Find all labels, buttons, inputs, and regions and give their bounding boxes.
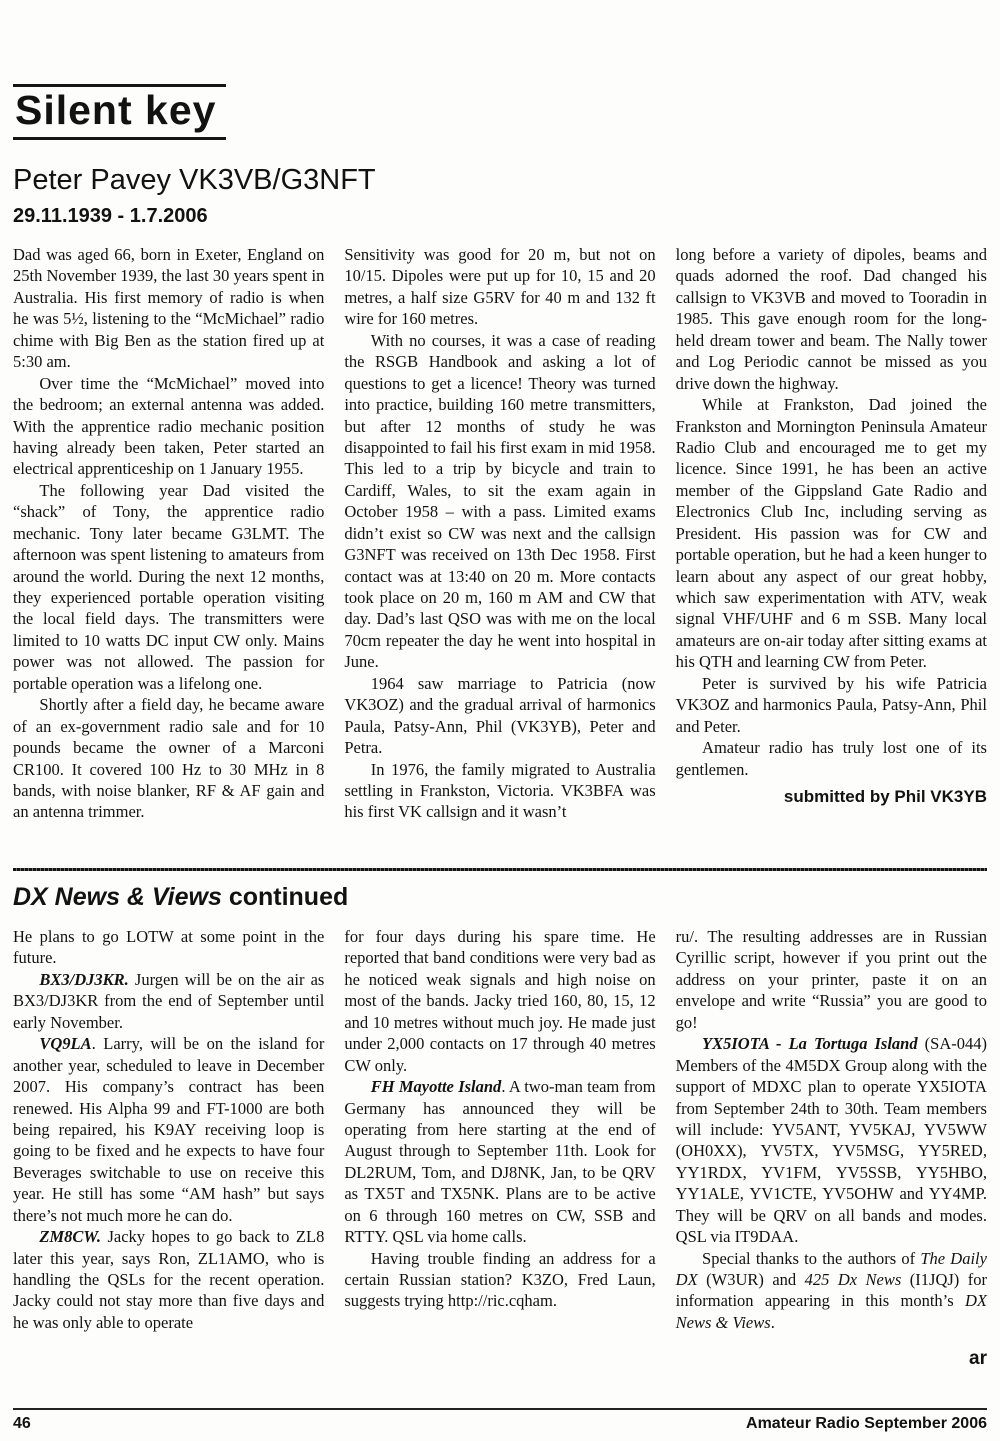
dx-column-3: ru/. The resulting addresses are in Russ… (676, 926, 987, 1372)
silent-key-header: Silent key Peter Pavey VK3VB/G3NFT 29.11… (13, 84, 987, 228)
obituary-paragraph: Amateur radio has truly lost one of its … (676, 737, 987, 780)
obituary-dates: 29.11.1939 - 1.7.2006 (13, 205, 987, 228)
obituary-column-3: long before a variety of dipoles, beams … (676, 244, 987, 844)
dx-paragraph-text: . Larry, will be on the island for anoth… (13, 1034, 324, 1225)
dx-paragraph: BX3/DJ3KR. Jurgen will be on the air as … (13, 969, 324, 1033)
silent-key-heading: Silent key (13, 84, 226, 140)
dx-callsign-lead: YX5IOTA - La Tortuga Island (702, 1034, 918, 1053)
dx-paragraph-text: (W3UR) and (698, 1270, 805, 1289)
obituary-paragraph: Sensitivity was good for 20 m, but not o… (344, 244, 655, 330)
obituary-paragraph: 1964 saw marriage to Patricia (now VK3OZ… (344, 673, 655, 759)
page-footer: 46 Amateur Radio September 2006 (13, 1408, 987, 1433)
dx-paragraph: He plans to go LOTW at some point in the… (13, 926, 324, 969)
dx-news-heading-title: DX News & Views (13, 883, 222, 911)
obituary-column-1: Dad was aged 66, born in Exeter, England… (13, 244, 324, 844)
dx-callsign-lead: FH Mayotte Island (371, 1077, 502, 1096)
obituary-paragraph: Over time the “McMichael” moved into the… (13, 373, 324, 480)
dx-paragraph-text: Special thanks to the authors of (702, 1249, 920, 1268)
dx-news-heading: DX News & Views continued (13, 883, 987, 912)
dx-paragraph-text: (SA-044) Members of the 4M5DX Group alon… (676, 1034, 987, 1246)
obituary-paragraph: In 1976, the family migrated to Australi… (344, 759, 655, 823)
obituary-body: Dad was aged 66, born in Exeter, England… (13, 244, 987, 844)
dx-paragraph: ZM8CW. Jacky hopes to go back to ZL8 lat… (13, 1226, 324, 1333)
obituary-paragraph: While at Frankston, Dad joined the Frank… (676, 394, 987, 673)
obituary-name: Peter Pavey VK3VB/G3NFT (13, 164, 987, 197)
obituary-paragraph: Dad was aged 66, born in Exeter, England… (13, 244, 324, 373)
dx-paragraph: ru/. The resulting addresses are in Russ… (676, 926, 987, 1033)
dx-news-heading-continued: continued (222, 883, 348, 911)
publication-name: 425 Dx News (805, 1270, 902, 1289)
dx-paragraph-text: . (771, 1313, 775, 1332)
dx-paragraph: YX5IOTA - La Tortuga Island (SA-044) Mem… (676, 1033, 987, 1247)
dx-paragraph-text: . A two-man team from Germany has announ… (344, 1077, 655, 1246)
obituary-paragraph: The following year Dad visited the “shac… (13, 480, 324, 694)
section-divider (13, 868, 987, 871)
dx-paragraph: Having trouble finding an address for a … (344, 1248, 655, 1312)
page-number: 46 (13, 1415, 31, 1433)
dx-news-body: He plans to go LOTW at some point in the… (13, 926, 987, 1372)
obituary-byline: submitted by Phil VK3YB (676, 786, 987, 808)
footer-rule (13, 1408, 987, 1410)
obituary-paragraph: long before a variety of dipoles, beams … (676, 244, 987, 394)
dx-column-2: for four days during his spare time. He … (344, 926, 655, 1372)
dx-callsign-lead: ZM8CW. (39, 1227, 101, 1246)
dx-column-1: He plans to go LOTW at some point in the… (13, 926, 324, 1372)
dx-paragraph: for four days during his spare time. He … (344, 926, 655, 1076)
obituary-paragraph: With no courses, it was a case of readin… (344, 330, 655, 673)
obituary-paragraph: Peter is survived by his wife Patricia V… (676, 673, 987, 737)
dx-paragraph: VQ9LA. Larry, will be on the island for … (13, 1033, 324, 1226)
journal-title: Amateur Radio September 2006 (746, 1415, 987, 1433)
dx-paragraph: Special thanks to the authors of The Dai… (676, 1248, 987, 1334)
obituary-column-2: Sensitivity was good for 20 m, but not o… (344, 244, 655, 844)
article-end-mark: ar (676, 1347, 987, 1372)
obituary-paragraph: Shortly after a field day, he became awa… (13, 694, 324, 823)
dx-callsign-lead: VQ9LA (39, 1034, 91, 1053)
magazine-page: Silent key Peter Pavey VK3VB/G3NFT 29.11… (0, 0, 1000, 1441)
dx-paragraph: FH Mayotte Island. A two-man team from G… (344, 1076, 655, 1248)
dx-callsign-lead: BX3/DJ3KR. (39, 970, 128, 989)
